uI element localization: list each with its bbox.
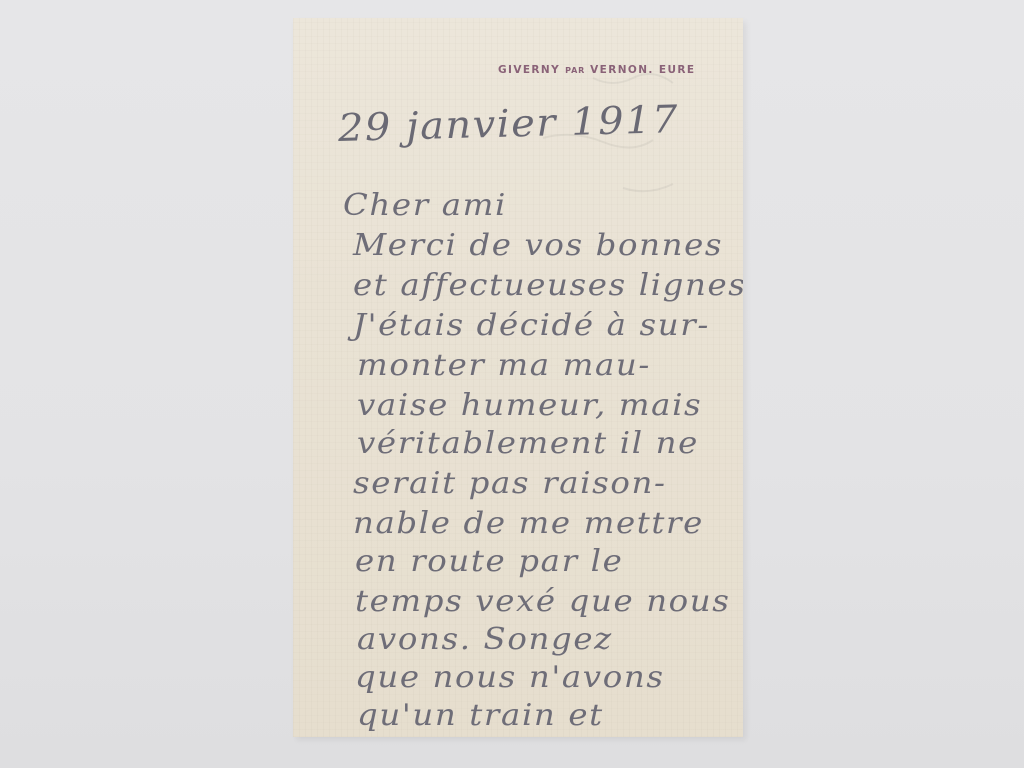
- salutation: Cher ami: [343, 188, 507, 223]
- letterhead: GIVERNY PAR VERNON. EURE: [498, 64, 695, 76]
- letterhead-vernon: VERNON: [590, 64, 648, 76]
- letter-line: J'étais décidé à sur-: [353, 308, 710, 343]
- letterhead-par: PAR: [565, 66, 585, 75]
- letter-line: et affectueuses lignes: [353, 268, 743, 303]
- letter-line: véritablement il ne: [357, 426, 699, 461]
- letter-date: 29 janvier 1917: [337, 97, 679, 150]
- letter-line: serait pas raison-: [353, 466, 667, 501]
- letter-line: vaise humeur, mais: [357, 388, 702, 423]
- letter-line: Merci de vos bonnes: [353, 228, 723, 263]
- letter-line: en route par le: [355, 544, 623, 579]
- letter-line: pénible en ce mo-: [373, 734, 691, 737]
- letterhead-town: GIVERNY: [498, 64, 560, 76]
- letter-line: que nous n'avons: [355, 660, 665, 695]
- letterhead-eure: . EURE: [648, 64, 695, 76]
- letter-line: avons. Songez: [357, 622, 613, 657]
- letter-line: nable de me mettre: [353, 506, 704, 541]
- letter-line: qu'un train et: [357, 698, 604, 733]
- letter-line: monter ma mau-: [357, 348, 651, 383]
- letter-sheet: GIVERNY PAR VERNON. EURE 29 janvier 1917…: [293, 18, 743, 737]
- letter-line: temps vexé que nous: [355, 584, 731, 619]
- photo-stage: GIVERNY PAR VERNON. EURE 29 janvier 1917…: [0, 0, 1024, 768]
